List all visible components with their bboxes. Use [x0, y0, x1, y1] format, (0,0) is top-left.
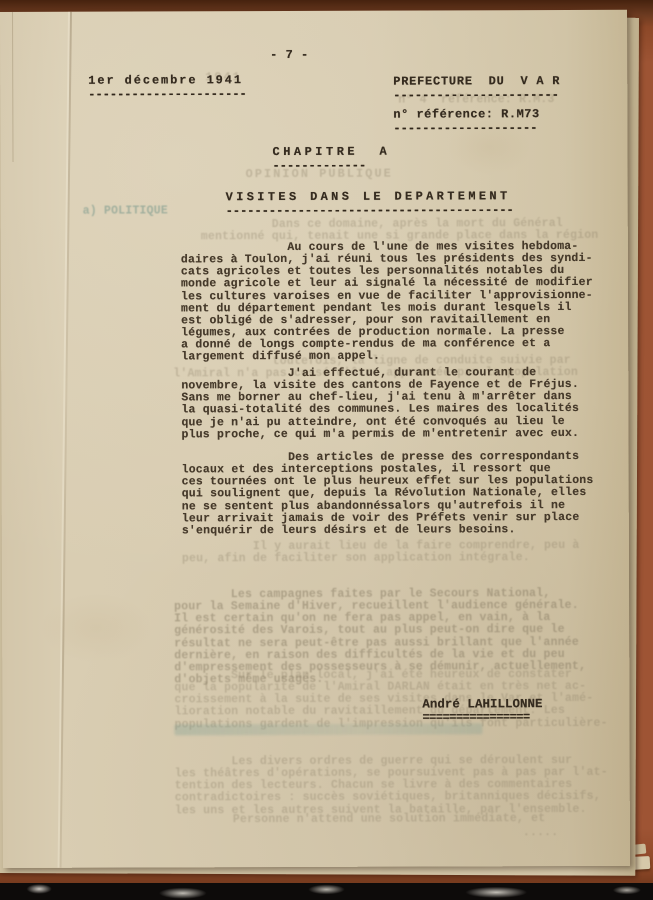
- ghost-margin-item: a) POLITIQUE: [83, 205, 168, 217]
- reference-line: n° référence: R.M73: [393, 107, 539, 122]
- reference-underline: --------------------: [393, 121, 537, 136]
- ghost-paragraph: Sur le plan local, j'ai été heureux de c…: [174, 669, 607, 731]
- ghost-paragraph: Il y aurait lieu de la faire comprendre,…: [182, 540, 580, 566]
- organization-title: PREFECTURE DU V A R: [393, 74, 560, 89]
- date-line: 1er décembre 1941: [88, 73, 243, 88]
- date-underline: ----------------------: [88, 87, 246, 102]
- paragraph: J'ai effectué, durant le courant de nove…: [181, 367, 579, 441]
- scanned-document: 1941 n° 4 référence: R.M.3 OPINION PUBLI…: [0, 0, 653, 900]
- document-page: 1941 n° 4 référence: R.M.3 OPINION PUBLI…: [0, 10, 630, 868]
- section-title: VISITES DANS LE DEPARTEMENT: [226, 189, 511, 204]
- scanner-bed-edge: [0, 883, 653, 900]
- fold-crease: [60, 12, 72, 868]
- page-number: - 7 -: [270, 48, 309, 62]
- signature-underline: ================: [422, 710, 529, 724]
- chapter-heading: CHAPITRE A: [272, 145, 390, 159]
- section-underline: ----------------------------------------: [226, 203, 514, 218]
- chapter-underline: -------------: [273, 159, 367, 173]
- ghost-dots: .....: [523, 827, 559, 839]
- page-edge-line: [12, 12, 14, 162]
- ghost-line: Personne n'attend une solution immédiate…: [233, 813, 545, 826]
- ink-smudge: [174, 723, 482, 735]
- paragraph: Des articles de presse des correspondant…: [182, 451, 594, 538]
- organization-underline: -----------------------: [393, 88, 559, 103]
- paragraph: Au cours de l'une de mes visites hebdoma…: [181, 241, 593, 364]
- ghost-paragraph: Les divers ordres de guerre qui se dérou…: [175, 755, 608, 817]
